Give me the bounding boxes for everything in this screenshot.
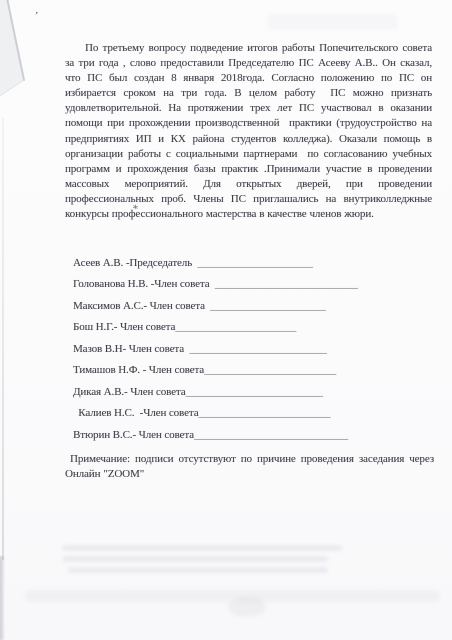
signature-line: __________________________	[215, 278, 358, 290]
signature-row: Максимов А.С.- Член совета _____________…	[73, 296, 423, 317]
paragraph-line: за три года , слово предоставили Председ…	[65, 56, 432, 71]
signature-list: Асеев А.В. -Председатель _______________…	[73, 253, 423, 446]
signature-row: Тимашов Н.Ф. - Член совета______________…	[73, 360, 423, 381]
paragraph-line: предприятиях ИП и КХ района студентов ко…	[65, 132, 432, 147]
paragraph-line: помощи при прохождении производственной …	[65, 116, 432, 131]
corner-fold-shade	[0, 0, 24, 96]
signatory-label: Дикая А.В.- Член совета	[73, 386, 186, 398]
signatory-label: Бош Н.Г.- Член совета	[73, 321, 175, 333]
scan-edge-shadow	[2, 118, 4, 560]
signature-row: Дикая А.В.- Член совета_________________…	[73, 382, 423, 403]
paragraph-line: программ и прохождения базы практик .При…	[65, 162, 432, 177]
bleed-through-ghost	[62, 545, 342, 551]
signatory-label: Голованова Н.В. -Член совета	[73, 278, 215, 290]
bleed-through-ghost	[228, 597, 266, 617]
note: Примечание: подписи отсутствуют по причи…	[65, 452, 434, 482]
paragraph-line: избирается сроком на три года. В целом р…	[65, 86, 432, 101]
signature-line: _________________________	[189, 343, 327, 355]
signature-line: ______________________	[175, 321, 296, 333]
report-paragraph: По третьему вопросу подведение итогов ра…	[65, 41, 432, 222]
signatory-label: Мазов В.Н- Член совета	[73, 343, 189, 355]
paragraph-line: массовых мероприятий. Для открытых двере…	[65, 177, 432, 192]
signature-line: _____________________	[197, 257, 313, 269]
paragraph-line: удовлетворительной. На протяжении трех л…	[65, 101, 432, 116]
signature-line: ________________________	[199, 407, 331, 419]
signature-row: Втюрин В.С.- Член совета________________…	[73, 425, 423, 446]
signature-row: Асеев А.В. -Председатель _______________…	[73, 253, 423, 274]
signature-row: Бош Н.Г.- Член совета___________________…	[73, 317, 423, 338]
signature-row: Калиев Н.С. -Член совета________________…	[73, 403, 423, 424]
bleed-through-ghost	[268, 14, 398, 30]
signatory-label: Тимашов Н.Ф. - Член совета	[73, 364, 204, 376]
bleed-through-ghost	[62, 556, 328, 562]
paragraph-line: профессиональных проб. Члены ПС приглаша…	[65, 192, 432, 207]
paragraph-line: что ПС был создан 8 января 2018года. Сог…	[65, 71, 432, 86]
signature-line: ____________________________	[194, 429, 348, 441]
signatory-label: Втюрин В.С.- Член совета	[73, 429, 194, 441]
signature-line: _________________________	[186, 386, 324, 398]
signature-line: _____________________	[210, 300, 326, 312]
signatory-label: Калиев Н.С. -Член совета	[73, 407, 199, 419]
signature-row: Мазов В.Н- Член совета _________________…	[73, 339, 423, 360]
signature-row: Голованова Н.В. -Член совета ___________…	[73, 274, 423, 295]
paragraph-line: конкурсы профессионального мастерства в …	[65, 207, 432, 222]
page-corner-fold	[0, 0, 46, 104]
paragraph-line: организации работы с социальными партнер…	[65, 147, 432, 162]
scanned-document-page: ʼ По третьему вопросу подведение итогов …	[0, 0, 452, 640]
bleed-through-ghost	[68, 567, 328, 573]
note-line: Онлайн "ZOOM"	[65, 467, 434, 482]
signature-line: ________________________	[204, 364, 336, 376]
signatory-label: Асеев А.В. -Председатель	[73, 257, 197, 269]
paragraph-line: По третьему вопросу подведение итогов ра…	[65, 41, 432, 56]
note-line: Примечание: подписи отсутствуют по причи…	[65, 452, 434, 467]
signatory-label: Максимов А.С.- Член совета	[73, 300, 210, 312]
scan-edge-shadow-bottom	[0, 556, 5, 640]
